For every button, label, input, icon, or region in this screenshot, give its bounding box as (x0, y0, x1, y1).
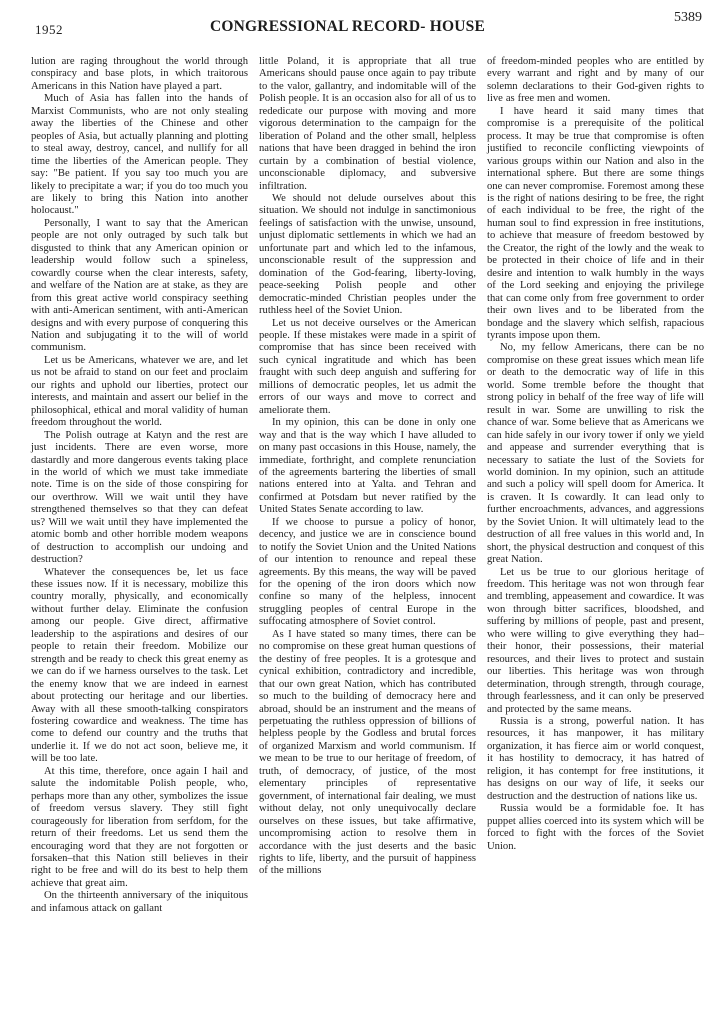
paragraph: Much of Asia has fallen into the hands o… (31, 93, 248, 218)
paragraph: Let us be true to our glorious heritage … (487, 567, 704, 716)
paragraph: Whatever the consequences be, let us fac… (31, 567, 248, 766)
paragraph: I have heard it said many times that com… (487, 106, 704, 343)
paragraph: Russia is a strong, powerful nation. It … (487, 716, 704, 803)
paragraph: lution are raging throughout the world t… (31, 56, 248, 93)
paragraph: If we choose to pursue a policy of honor… (259, 517, 476, 629)
page-title: CONGRESSIONAL RECORD- HOUSE (31, 18, 664, 36)
paragraph: The Polish outrage at Katyn and the rest… (31, 430, 248, 567)
paragraph: Let us not deceive ourselves or the Amer… (259, 318, 476, 418)
paragraph: In my opinion, this can be done in only … (259, 417, 476, 517)
congressional-record-page: 1952 CONGRESSIONAL RECORD- HOUSE 5389 lu… (0, 0, 724, 1024)
page-header: 1952 CONGRESSIONAL RECORD- HOUSE 5389 (31, 10, 704, 52)
column-3: of freedom-minded peoples who are entitl… (487, 56, 704, 915)
paragraph: As I have stated so many times, there ca… (259, 629, 476, 878)
paragraph: At this time, therefore, once again I ha… (31, 766, 248, 891)
text-columns: lution are raging throughout the world t… (31, 56, 704, 915)
paragraph: On the thirteenth anniversary of the ini… (31, 890, 248, 915)
paragraph: Let us be Americans, whatever we are, an… (31, 355, 248, 430)
paragraph: We should not delude ourselves about thi… (259, 193, 476, 318)
paragraph: Russia would be a formidable foe. It has… (487, 803, 704, 853)
paragraph: No, my fellow Americans, there can be no… (487, 342, 704, 566)
paragraph: of freedom-minded peoples who are entitl… (487, 56, 704, 106)
column-2: little Poland, it is appropriate that al… (259, 56, 476, 915)
page-number: 5389 (674, 10, 702, 26)
paragraph: little Poland, it is appropriate that al… (259, 56, 476, 193)
column-1: lution are raging throughout the world t… (31, 56, 248, 915)
paragraph: Personally, I want to say that the Ameri… (31, 218, 248, 355)
